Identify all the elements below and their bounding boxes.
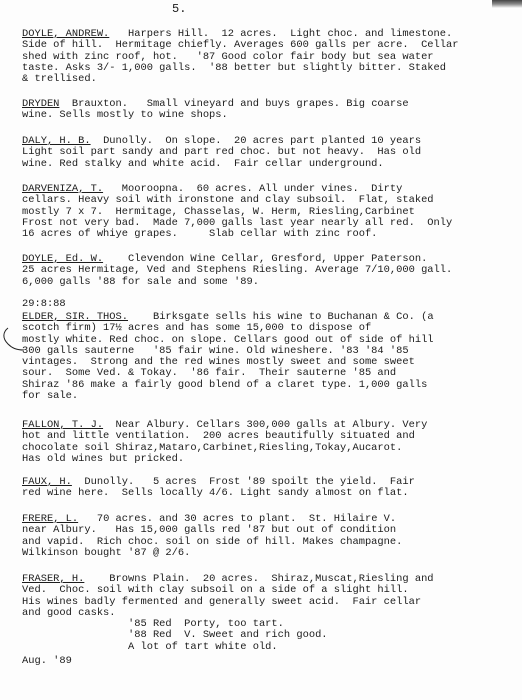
entry-line: red wine here. Sells locally 4/6. Light …	[22, 488, 522, 499]
entry-line: Side of hill. Hermitage chiefly. Average…	[22, 40, 522, 51]
entry-line: A lot of tart white old.	[22, 642, 522, 653]
entry-line: Wilkinson bought '87 @ 2/6.	[22, 548, 522, 559]
entry-line: scotch firm) 17½ acres and has some 15,0…	[22, 323, 522, 334]
entry-frere: FRERE, L. 70 acres. and 30 acres to plan…	[22, 514, 522, 559]
grower-name: FRASER, H.	[22, 573, 84, 585]
entry-daly: DALY, H. B. Dunolly. On slope. 20 acres …	[22, 136, 522, 170]
entry-line: & trellised.	[22, 74, 522, 85]
entry-dryden: DRYDEN Brauxton. Small vineyard and buys…	[22, 99, 522, 122]
entry-elder: ELDER, SIR. THOS. Birksgate sells his wi…	[22, 312, 522, 402]
entry-doyle-andrew: DOYLE, ANDREW. Harpers Hill. 12 acres. L…	[22, 29, 522, 85]
typewritten-page: 5. DOYLE, ANDREW. Harpers Hill. 12 acres…	[0, 0, 522, 700]
grower-name: DRYDEN	[22, 98, 59, 110]
entry-line: cellars. Heavy soil with ironstone and c…	[22, 195, 522, 206]
grower-name: FRERE, L.	[22, 513, 78, 525]
entry-line: Has old wines but pricked.	[22, 454, 522, 465]
entry-line: wine. Red stalky and white acid. Fair ce…	[22, 159, 522, 170]
grower-name: FALLON, T. J.	[22, 419, 103, 431]
entry-fraser: FRASER, H. Browns Plain. 20 acres. Shira…	[22, 574, 522, 653]
date-stamp-end: Aug. '89	[22, 656, 72, 667]
scan-corner-shadow	[492, 0, 522, 8]
entry-line: wine. Sells mostly to wine shops.	[22, 110, 522, 121]
grower-name: DOYLE, ANDREW.	[22, 28, 109, 40]
grower-name: DOYLE, Ed. W.	[22, 253, 103, 265]
entry-fallon: FALLON, T. J. Near Albury. Cellars 300,0…	[22, 420, 522, 465]
entry-line: Light soil part sandy and part red choc.…	[22, 147, 522, 158]
grower-name: DALY, H. B.	[22, 135, 91, 147]
entry-line: hot and little ventilation. 200 acres be…	[22, 431, 522, 442]
margin-bracket-mark	[2, 326, 24, 354]
grower-name: ELDER, SIR. THOS.	[22, 311, 128, 323]
entry-line: taste. Asks 3/- 1,000 galls. '88 better …	[22, 63, 522, 74]
entry-doyle-ed: DOYLE, Ed. W. Clevendon Wine Cellar, Gre…	[22, 254, 522, 288]
grower-name: FAUX, H.	[22, 476, 72, 488]
entry-line: near Albury. Has 15,000 galls red '87 bu…	[22, 525, 522, 536]
entry-line: 25 acres Hermitage, Ved and Stephens Rie…	[22, 265, 522, 276]
entry-line: 6,000 galls '88 for sale and some '89.	[22, 277, 522, 288]
entry-darveniza: DARVENIZA, T. Mooroopna. 60 acres. All u…	[22, 184, 522, 240]
entry-line: Shiraz '86 make a fairly good blend of a…	[22, 380, 522, 391]
entry-line: for sale.	[22, 391, 522, 402]
entry-line: Ved. Choc. soil with clay subsoil on a s…	[22, 585, 522, 596]
grower-name: DARVENIZA, T.	[22, 183, 103, 195]
entry-line: 16 acres of whiye grapes. Slab cellar wi…	[22, 229, 522, 240]
entry-faux: FAUX, H. Dunolly. 5 acres Frost '89 spoi…	[22, 477, 522, 500]
date-stamp: 29:8:88	[22, 299, 66, 310]
page-number: 5.	[172, 4, 186, 15]
